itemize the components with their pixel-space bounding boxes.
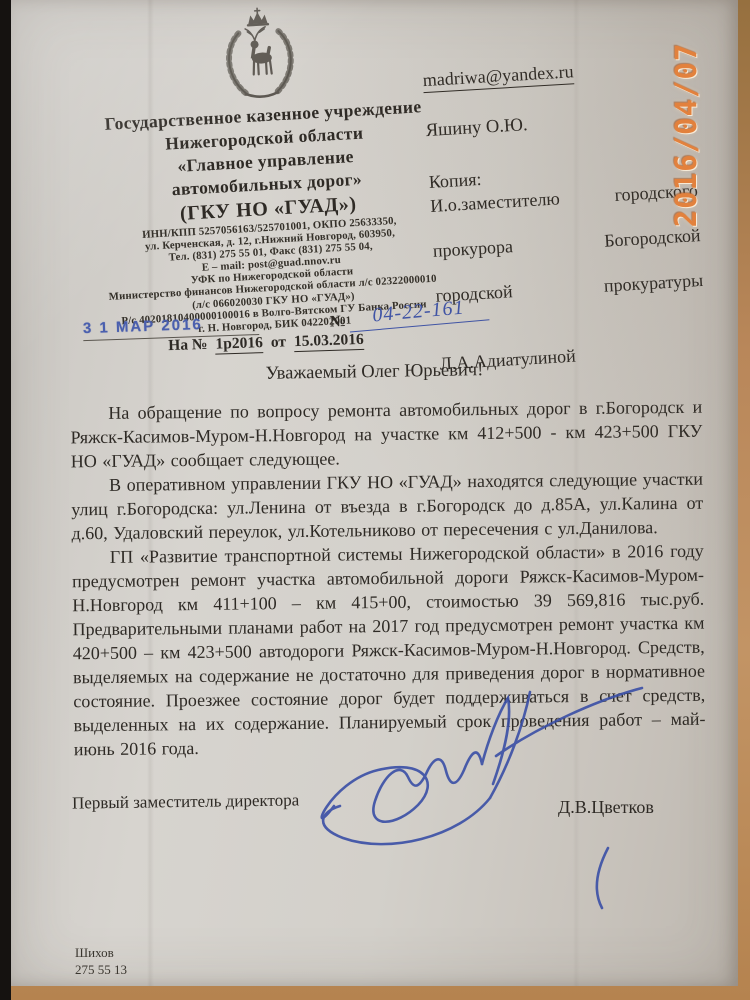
body-paragraph: На обращение по вопросу ремонта автомоби… xyxy=(70,395,703,474)
body-paragraph: В оперативном управлении ГКУ НО «ГУАД» н… xyxy=(71,467,704,546)
signature-scribble xyxy=(306,686,651,921)
ref-ot: от xyxy=(271,333,287,350)
number-label: № xyxy=(330,313,347,332)
letter-paper: Государственное казенное учреждение Ниже… xyxy=(11,0,738,986)
ref-number: 1р2016 xyxy=(215,334,263,354)
photo-of-letter: Государственное казенное учреждение Ниже… xyxy=(0,0,750,1000)
camera-timestamp: 2016/04/07 xyxy=(664,35,708,235)
executor-phone: 275 55 13 xyxy=(75,961,127,978)
signer-position: Первый заместитель директора xyxy=(72,790,299,813)
ref-date: 15.03.2016 xyxy=(294,331,364,352)
salutation: Уважаемый Олег Юрьевич! xyxy=(11,356,738,390)
photo-left-edge xyxy=(0,0,11,1000)
ref-prefix: На № xyxy=(168,336,208,354)
executor-name: Шихов xyxy=(75,944,127,961)
executor-block: Шихов 275 55 13 xyxy=(75,944,127,978)
coat-of-arms-deer-icon xyxy=(209,4,310,105)
